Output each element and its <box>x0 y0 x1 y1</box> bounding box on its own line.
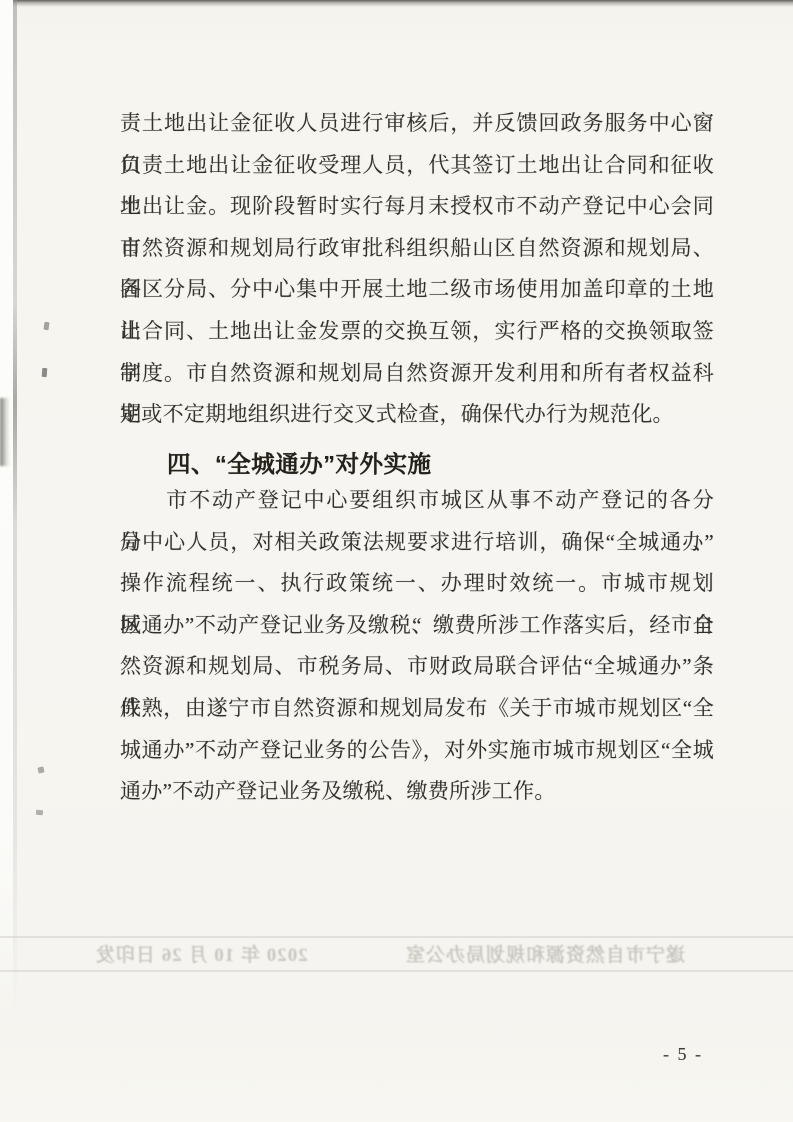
scan-top-edge-shadow <box>12 0 793 7</box>
scan-speck <box>36 810 43 816</box>
paragraph-1: 责土地出让金征收人员进行审核后，并反馈回政务服务中心窗口 负责土地出让金征收受理… <box>120 103 714 436</box>
text-line: 园区分局、分中心集中开展土地二级市场使用加盖印章的土地出 <box>120 269 714 311</box>
text-line: 城通办”不动产登记业务及缴税、缴费所涉工作落实后，经市自 <box>120 605 714 647</box>
text-line: 然资源和规划局、市税务局、市财政局联合评估“全城通办”条件 <box>120 646 714 688</box>
text-line: 制度。市自然资源和规划局自然资源开发利用和所有者权益科定 <box>120 353 714 395</box>
text-line: 分中心人员，对相关政策法规要求进行培训，确保“全城通办” <box>120 522 714 564</box>
scanned-document-page: 责土地出让金征收人员进行审核后，并反馈回政务服务中心窗口 负责土地出让金征收受理… <box>0 0 793 1122</box>
scan-speck <box>37 766 44 773</box>
text-line: 成熟，由遂宁市自然资源和规划局发布《关于市城市规划区“全 <box>120 688 714 730</box>
text-line: 地出让金。现阶段暂时实行每月末授权市不动产登记中心会同市 <box>120 186 714 228</box>
page-number: - 5 - <box>645 1041 721 1067</box>
text-line: 自然资源和规划局行政审批科组织船山区自然资源和规划局、各 <box>120 228 714 270</box>
text-line: 负责土地出让金征收受理人员，代其签订土地出让合同和征收土 <box>120 145 714 187</box>
text-line: 让合同、土地出让金发票的交换互领，实行严格的交换领取签字 <box>120 311 714 353</box>
paragraph-2: 市不动产登记中心要组织市城区从事不动产登记的各分局、 分中心人员，对相关政策法规… <box>120 480 714 813</box>
text-line: 期或不定期地组织进行交叉式检查，确保代办行为规范化。 <box>120 394 714 436</box>
text-line: 责土地出让金征收人员进行审核后，并反馈回政务服务中心窗口 <box>120 103 714 145</box>
bleedthrough-date-text: 2020 年 10 月 26 日印发 <box>95 941 308 971</box>
text-line: 城通办”不动产登记业务的公告》，对外实施市城市规划区“全城 <box>120 730 714 772</box>
text-line: 市不动产登记中心要组织市城区从事不动产登记的各分局、 <box>120 480 714 522</box>
scan-speck <box>43 322 49 331</box>
section-heading: 四、“全城通办”对外实施 <box>167 443 432 485</box>
scan-left-fold-line <box>13 0 17 1010</box>
bleedthrough-rule <box>0 936 793 938</box>
bleedthrough-band: 遂宁市自然资源和规划局办公室 2020 年 10 月 26 日印发 <box>0 941 793 971</box>
scan-edge-smudge <box>0 398 10 466</box>
scan-left-margin-strip <box>0 0 13 1050</box>
text-line: 操作流程统一、执行政策统一、办理时效统一。市城市规划区“全 <box>120 563 714 605</box>
text-line: 通办”不动产登记业务及缴税、缴费所涉工作。 <box>120 771 714 813</box>
bleedthrough-office-text: 遂宁市自然资源和规划局办公室 <box>405 941 685 971</box>
scan-speck <box>42 368 48 377</box>
